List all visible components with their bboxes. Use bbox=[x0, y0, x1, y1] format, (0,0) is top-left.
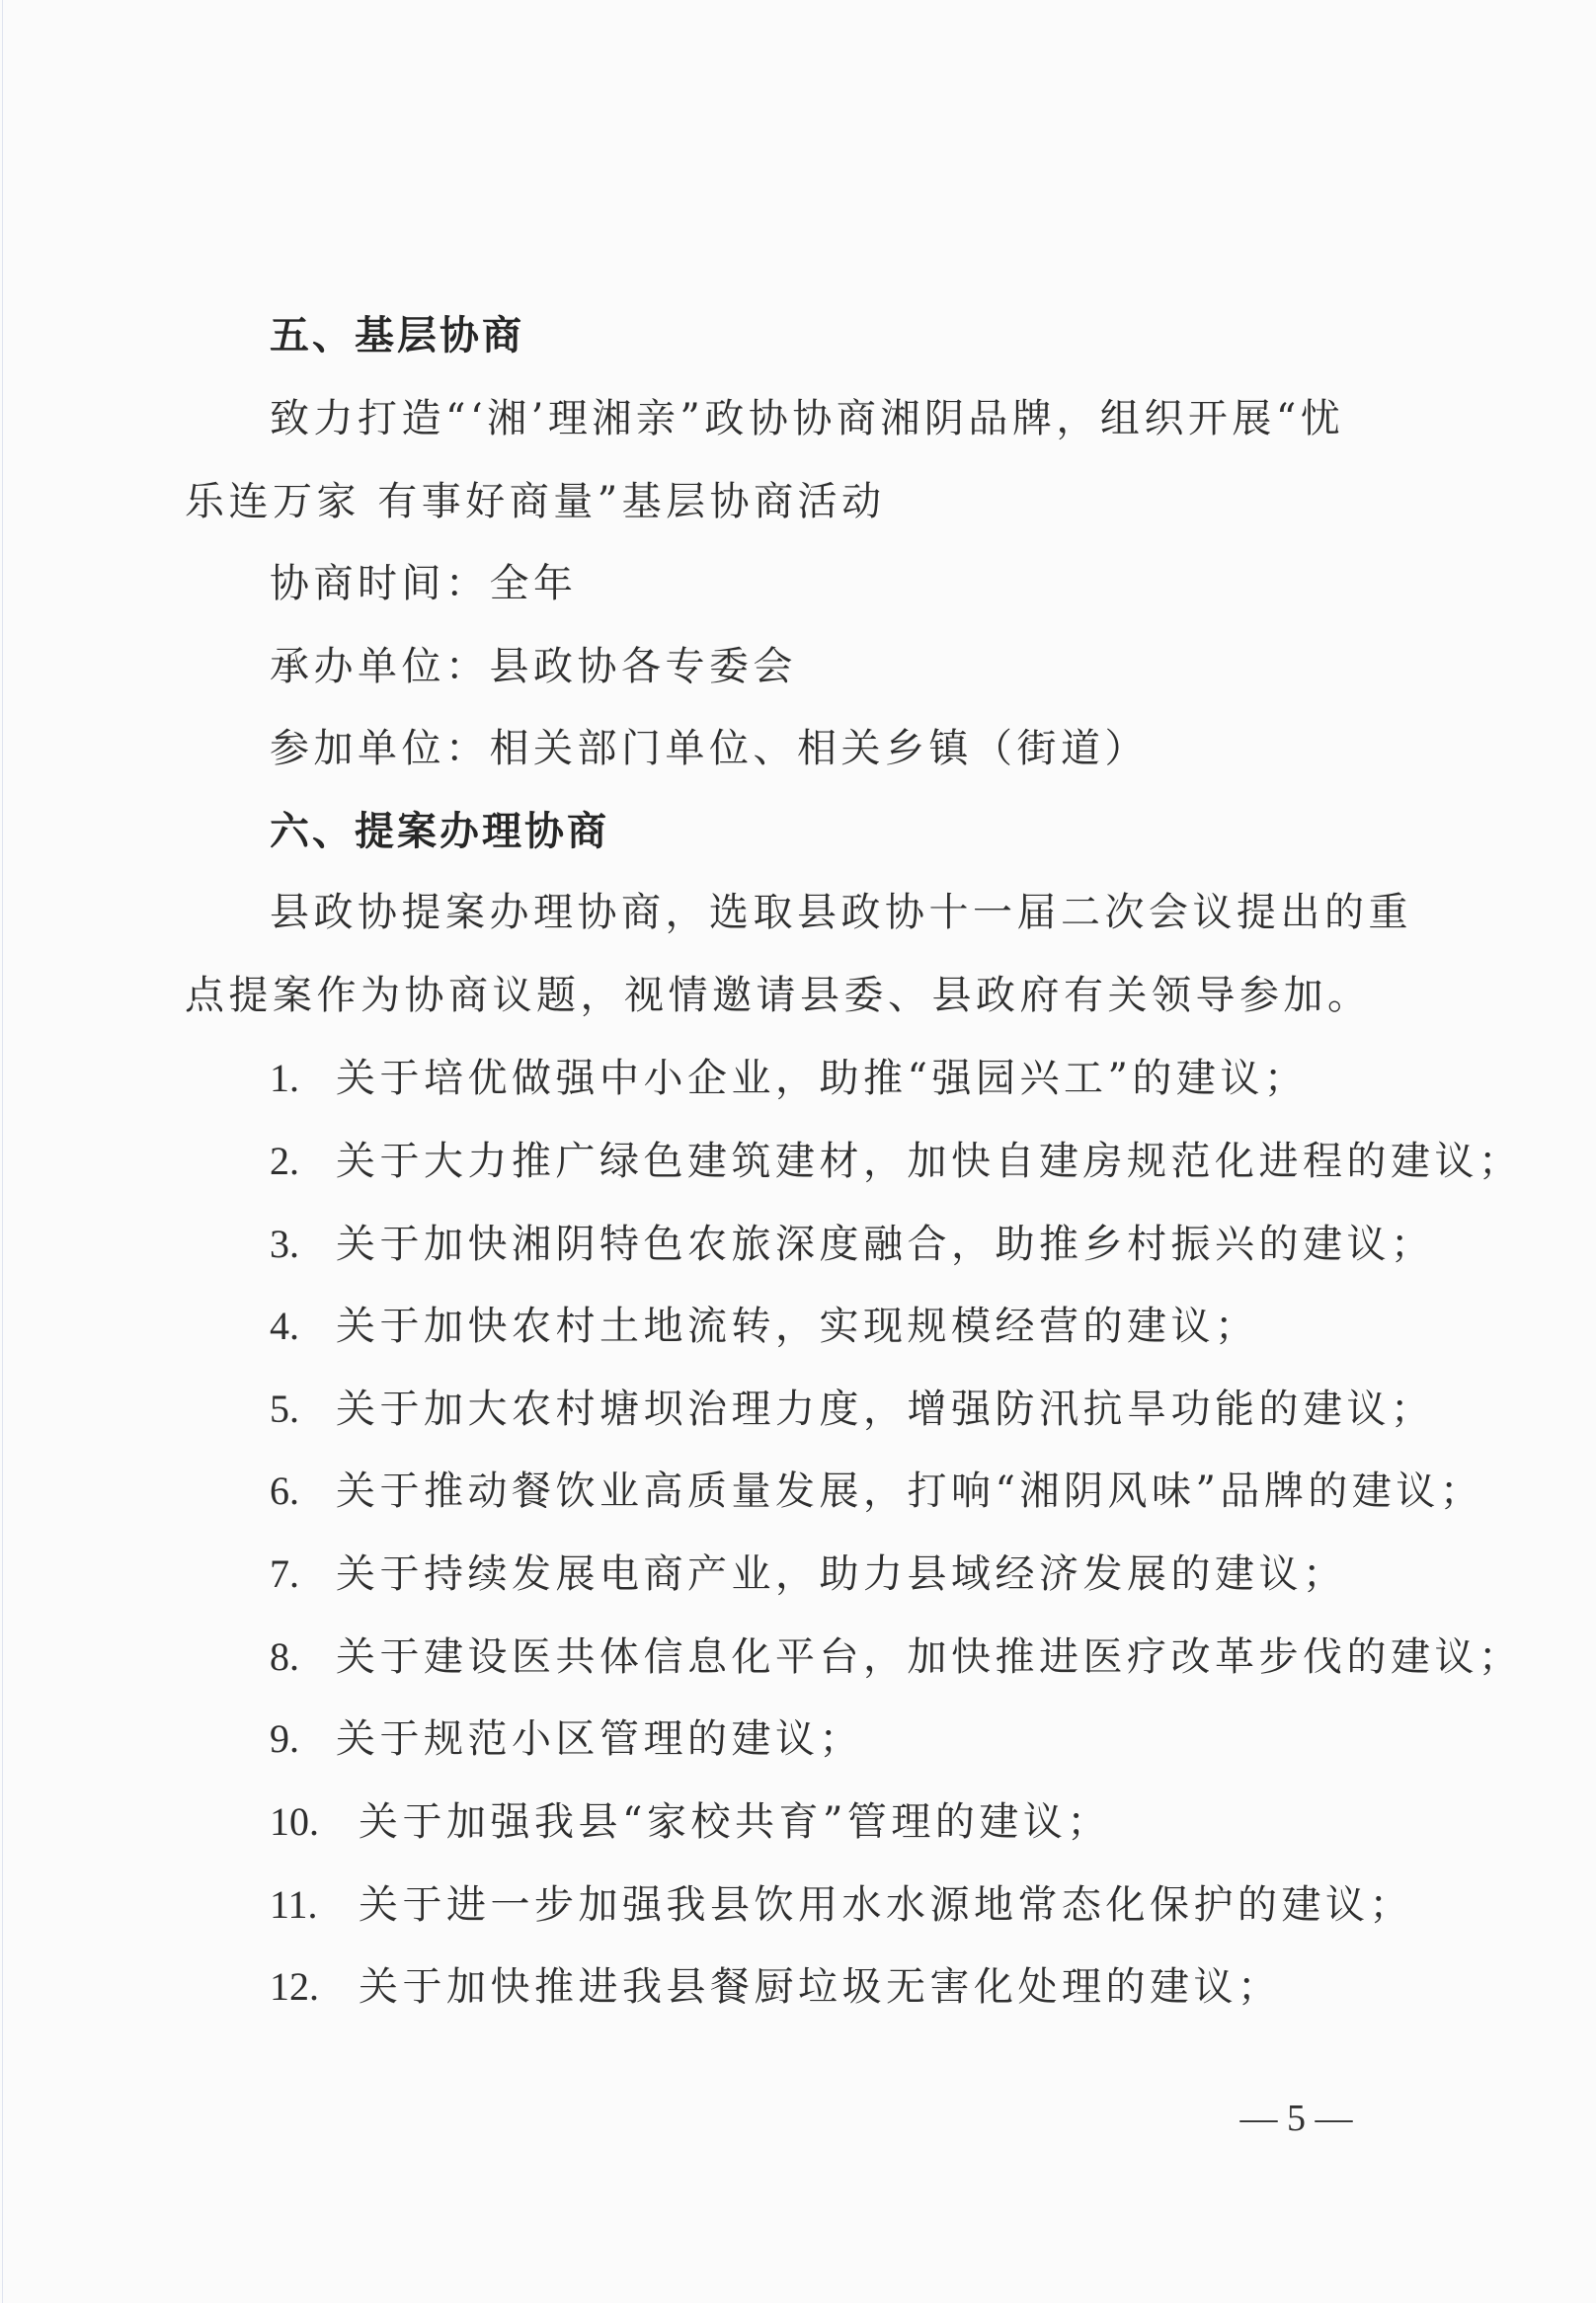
field-consult-time: 协商时间：全年 bbox=[270, 542, 578, 625]
proposal-item: 7.关于持续发展电商产业，助力县域经济发展的建议； bbox=[270, 1533, 1347, 1616]
proposal-item: 9.关于规范小区管理的建议； bbox=[270, 1698, 863, 1781]
item-number: 1. bbox=[270, 1037, 336, 1120]
item-number: 5. bbox=[270, 1368, 336, 1451]
item-number: 10. bbox=[270, 1781, 359, 1864]
field-label: 参加单位： bbox=[270, 726, 490, 771]
page-number: — 5 — bbox=[1225, 2094, 1368, 2143]
item-text: 关于加大农村塘坝治理力度，增强防汛抗旱功能的建议； bbox=[336, 1368, 1435, 1451]
field-participating-units: 参加单位：相关部门单位、相关乡镇（街道） bbox=[270, 707, 1149, 790]
section-heading-6: 六、提案办理协商 bbox=[270, 790, 609, 873]
proposal-item: 12.关于加快推进我县餐厨垃圾无害化处理的建议； bbox=[270, 1946, 1282, 2028]
item-number: 9. bbox=[270, 1698, 336, 1781]
field-value: 全年 bbox=[490, 561, 578, 606]
item-number: 8. bbox=[270, 1616, 336, 1699]
proposal-item: 2.关于大力推广绿色建筑建材，加快自建房规范化进程的建议； bbox=[270, 1120, 1523, 1203]
item-text: 关于持续发展电商产业，助力县域经济发展的建议； bbox=[336, 1533, 1347, 1616]
item-number: 12. bbox=[270, 1946, 359, 2028]
field-label: 协商时间： bbox=[270, 561, 490, 606]
item-text: 关于加快农村土地流转，实现规模经营的建议； bbox=[336, 1285, 1259, 1368]
item-number: 11. bbox=[270, 1864, 359, 1946]
section-6-paragraph-line-1: 县政协提案办理协商，选取县政协十一届二次会议提出的重 bbox=[270, 871, 1412, 954]
proposal-item: 1.关于培优做强中小企业，助推“强园兴工”的建议； bbox=[270, 1037, 1308, 1120]
item-number: 2. bbox=[270, 1120, 336, 1203]
item-number: 6. bbox=[270, 1450, 336, 1533]
section-heading-5: 五、基层协商 bbox=[270, 294, 524, 377]
item-text: 关于进一步加强我县饮用水水源地常态化保护的建议； bbox=[359, 1864, 1413, 1946]
proposal-item: 8.关于建设医共体信息化平台，加快推进医疗改革步伐的建议； bbox=[270, 1616, 1523, 1699]
field-host-unit: 承办单位：县政协各专委会 bbox=[270, 625, 797, 708]
item-text: 关于规范小区管理的建议； bbox=[336, 1698, 863, 1781]
item-number: 4. bbox=[270, 1285, 336, 1368]
item-number: 7. bbox=[270, 1533, 336, 1616]
section-6-paragraph-line-2: 点提案作为协商议题，视情邀请县委、县政府有关领导参加。 bbox=[185, 954, 1372, 1037]
item-text: 关于加快推进我县餐厨垃圾无害化处理的建议； bbox=[359, 1946, 1282, 2028]
field-label: 承办单位： bbox=[270, 644, 490, 689]
item-text: 关于建设医共体信息化平台，加快推进医疗改革步伐的建议； bbox=[336, 1616, 1523, 1699]
item-text: 关于推动餐饮业高质量发展，打响“湘阴风味”品牌的建议； bbox=[336, 1450, 1483, 1533]
proposal-item: 4.关于加快农村土地流转，实现规模经营的建议； bbox=[270, 1285, 1259, 1368]
proposal-item: 5.关于加大农村塘坝治理力度，增强防汛抗旱功能的建议； bbox=[270, 1368, 1435, 1451]
item-text: 关于加强我县“家校共育”管理的建议； bbox=[359, 1781, 1111, 1864]
section-5-paragraph-line-2: 乐连万家 有事好商量”基层协商活动 bbox=[185, 460, 886, 543]
proposal-item: 6.关于推动餐饮业高质量发展，打响“湘阴风味”品牌的建议； bbox=[270, 1450, 1483, 1533]
item-number: 3. bbox=[270, 1203, 336, 1286]
item-text: 关于培优做强中小企业，助推“强园兴工”的建议； bbox=[336, 1037, 1308, 1120]
proposal-item: 3.关于加快湘阴特色农旅深度融合，助推乡村振兴的建议； bbox=[270, 1203, 1435, 1286]
page-edge bbox=[2, 0, 3, 2303]
proposal-item: 10.关于加强我县“家校共育”管理的建议； bbox=[270, 1781, 1111, 1864]
field-value: 相关部门单位、相关乡镇（街道） bbox=[490, 726, 1150, 771]
proposal-item: 11.关于进一步加强我县饮用水水源地常态化保护的建议； bbox=[270, 1864, 1413, 1946]
item-text: 关于大力推广绿色建筑建材，加快自建房规范化进程的建议； bbox=[336, 1120, 1523, 1203]
field-value: 县政协各专委会 bbox=[490, 644, 798, 689]
item-text: 关于加快湘阴特色农旅深度融合，助推乡村振兴的建议； bbox=[336, 1203, 1435, 1286]
section-5-paragraph-line-1: 致力打造“‘湘’理湘亲”政协协商湘阴品牌，组织开展“忧 bbox=[270, 377, 1344, 460]
